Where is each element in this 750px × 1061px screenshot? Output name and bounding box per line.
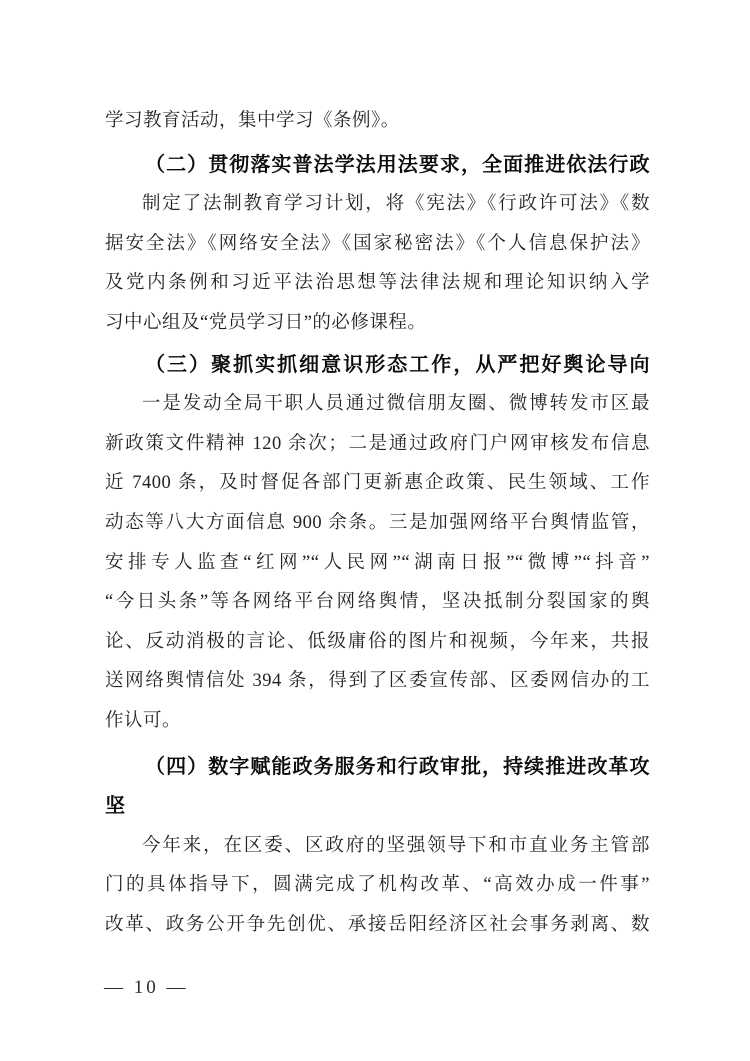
text-line: 安排专人监查“红网”“人民网”“湖南日报”“微博”“抖音”	[105, 544, 650, 584]
heading-line: （四）数字赋能政务服务和行政审批，持续推进改革攻	[105, 748, 650, 788]
heading-line: 坚	[105, 787, 650, 827]
page-number: — 10 —	[104, 977, 189, 999]
text-line: 作认可。	[105, 702, 650, 742]
document-page: 学习教育活动，集中学习《条例》。（二）贯彻落实普法学法用法要求，全面推进依法行政…	[0, 0, 750, 1061]
text-line: 学习教育活动，集中学习《条例》。	[105, 102, 650, 142]
text-line: 近 7400 条，及时督促各部门更新惠企政策、民生领域、工作	[105, 464, 650, 504]
text-line: 新政策文件精神 120 余次；二是通过政府门户网审核发布信息	[105, 425, 650, 465]
text-line: 动态等八大方面信息 900 余条。三是加强网络平台舆情监管，	[105, 504, 650, 544]
heading-line: （二）贯彻落实普法学法用法要求，全面推进依法行政	[105, 146, 650, 186]
text-line: 今年来，在区委、区政府的坚强领导下和市直业务主管部	[105, 827, 650, 867]
heading-line: （三）聚抓实抓细意识形态工作，从严把好舆论导向	[105, 346, 650, 386]
text-line: 送网络舆情信处 394 条，得到了区委宣传部、区委网信办的工	[105, 662, 650, 702]
document-body: 学习教育活动，集中学习《条例》。（二）贯彻落实普法学法用法要求，全面推进依法行政…	[105, 102, 650, 945]
text-line: 制定了法制教育学习计划，将《宪法》《行政许可法》《数	[105, 185, 650, 225]
text-line: 一是发动全局干职人员通过微信朋友圈、微博转发市区最	[105, 385, 650, 425]
text-line: 据安全法》《网络安全法》《国家秘密法》《个人信息保护法》	[105, 225, 650, 265]
text-line: 论、反动消极的言论、低级庸俗的图片和视频，今年来，共报	[105, 623, 650, 663]
text-line: “今日头条”等各网络平台网络舆情，坚决抵制分裂国家的舆	[105, 583, 650, 623]
text-line: 习中心组及“党员学习日”的必修课程。	[105, 304, 650, 344]
text-line: 门的具体指导下，圆满完成了机构改革、“高效办成一件事”	[105, 866, 650, 906]
text-line: 改革、政务公开争先创优、承接岳阳经济区社会事务剥离、数	[105, 906, 650, 946]
text-line: 及党内条例和习近平法治思想等法律法规和理论知识纳入学	[105, 264, 650, 304]
